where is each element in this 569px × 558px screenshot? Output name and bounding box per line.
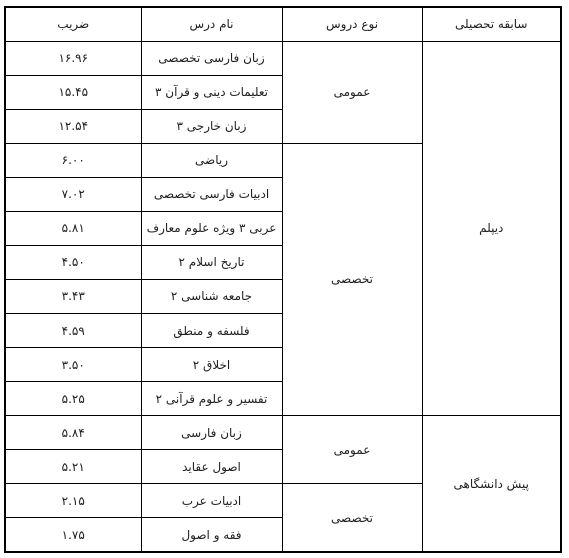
course-type-cell: تخصصی (282, 484, 422, 552)
course-name-cell: ریاضی (141, 143, 282, 177)
coefficient-cell: ۵.۸۴ (5, 416, 141, 450)
course-name-cell: جامعه شناسی ۲ (141, 279, 282, 313)
coefficient-cell: ۱۲.۵۴ (5, 109, 141, 143)
coefficient-cell: ۶.۰۰ (5, 143, 141, 177)
header-coefficient: ضریب (5, 7, 141, 41)
course-name-cell: زبان فارسی تخصصی (141, 41, 282, 75)
background-cell: پیش دانشگاهی (422, 416, 561, 552)
course-type-cell: عمومی (282, 41, 422, 143)
course-name-cell: زبان خارجی ۳ (141, 109, 282, 143)
course-name-cell: عربی ۳ ویژه علوم معارف (141, 211, 282, 245)
course-name-cell: اخلاق ۲ (141, 348, 282, 382)
coefficient-cell: ۵.۸۱ (5, 211, 141, 245)
coefficient-cell: ۵.۲۵ (5, 382, 141, 416)
coefficient-cell: ۳.۴۳ (5, 279, 141, 313)
coefficients-table: سابقه تحصیلی نوع دروس نام درس ضریب دیپلم… (4, 6, 562, 553)
course-name-cell: فقه و اصول (141, 518, 282, 552)
course-name-cell: اصول عقاید (141, 450, 282, 484)
course-name-cell: تعلیمات دینی و قرآن ۳ (141, 75, 282, 109)
coefficient-cell: ۳.۵۰ (5, 348, 141, 382)
background-cell: دیپلم (422, 41, 561, 416)
course-type-cell: عمومی (282, 416, 422, 484)
course-name-cell: ادبیات عرب (141, 484, 282, 518)
coefficient-cell: ۱۵.۴۵ (5, 75, 141, 109)
coefficient-cell: ۴.۵۰ (5, 245, 141, 279)
table-body: دیپلمعمومیزبان فارسی تخصصی۱۶.۹۶تعلیمات د… (5, 41, 561, 552)
coefficient-cell: ۱۶.۹۶ (5, 41, 141, 75)
course-name-cell: تفسیر و علوم قرآنی ۲ (141, 382, 282, 416)
header-row: سابقه تحصیلی نوع دروس نام درس ضریب (5, 7, 561, 41)
header-course-name: نام درس (141, 7, 282, 41)
page: { "table": { "border_color": "#000000", … (0, 0, 569, 558)
course-name-cell: تاریخ اسلام ۲ (141, 245, 282, 279)
course-name-cell: ادبیات فارسی تخصصی (141, 177, 282, 211)
header-course-type: نوع دروس (282, 7, 422, 41)
course-row: پیش دانشگاهیعمومیزبان فارسی۵.۸۴ (5, 416, 561, 450)
coefficient-cell: ۵.۲۱ (5, 450, 141, 484)
coefficient-cell: ۷.۰۲ (5, 177, 141, 211)
course-name-cell: فلسفه و منطق (141, 314, 282, 348)
course-name-cell: زبان فارسی (141, 416, 282, 450)
header-background: سابقه تحصیلی (422, 7, 561, 41)
coefficient-cell: ۴.۵۹ (5, 314, 141, 348)
course-row: دیپلمعمومیزبان فارسی تخصصی۱۶.۹۶ (5, 41, 561, 75)
coefficient-cell: ۲.۱۵ (5, 484, 141, 518)
course-type-cell: تخصصی (282, 143, 422, 416)
table-container: سابقه تحصیلی نوع دروس نام درس ضریب دیپلم… (4, 6, 562, 553)
coefficient-cell: ۱.۷۵ (5, 518, 141, 552)
